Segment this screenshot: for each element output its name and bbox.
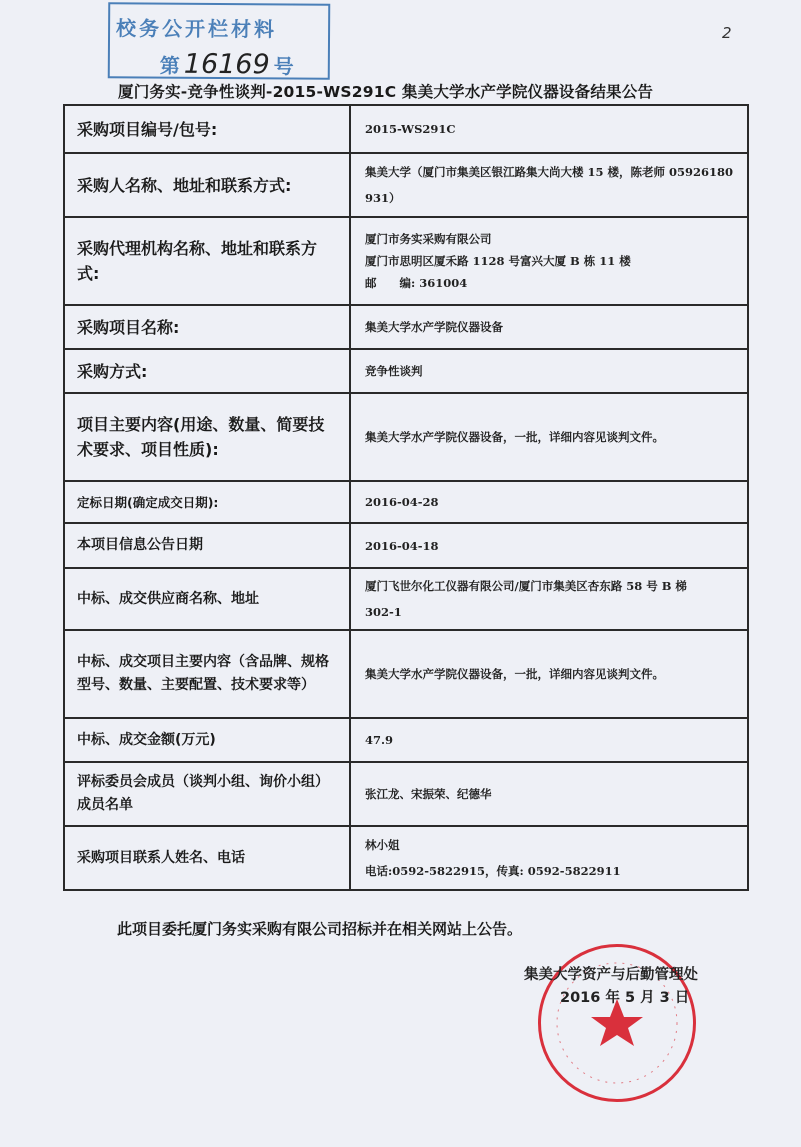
row-value: 张江龙、宋振荣、纪德华 xyxy=(350,762,748,826)
table-row: 采购项目编号/包号: 2015-WS291C xyxy=(64,105,748,153)
row-value: 厦门市务实采购有限公司厦门市思明区厦禾路 1128 号富兴大厦 B 栋 11 楼… xyxy=(350,217,748,305)
table-row: 评标委员会成员（谈判小组、询价小组）成员名单 张江龙、宋振荣、纪德华 xyxy=(64,762,748,826)
value-line: 电话:0592-5822915，传真: 0592-5822911 xyxy=(365,858,737,884)
footer-note: 此项目委托厦门务实采购有限公司招标并在相关网站上公告。 xyxy=(117,918,522,939)
table-row: 采购代理机构名称、地址和联系方式: 厦门市务实采购有限公司厦门市思明区厦禾路 1… xyxy=(64,217,748,305)
row-label: 中标、成交供应商名称、地址 xyxy=(64,568,350,630)
stamp-suffix: 号 xyxy=(274,54,294,78)
value-line: 集美大学水产学院仪器设备，一批，详细内容见谈判文件。 xyxy=(365,426,737,448)
row-label: 中标、成交项目主要内容（含品牌、规格型号、数量、主要配置、技术要求等） xyxy=(64,630,350,718)
archive-stamp: 校务公开栏材料 第16169号 xyxy=(108,2,331,80)
value-line: 2015-WS291C xyxy=(365,118,737,140)
value-line: 集美大学（厦门市集美区银江路集大尚大楼 15 楼，陈老师 05926180 xyxy=(365,159,737,185)
row-label: 采购代理机构名称、地址和联系方式: xyxy=(64,217,350,305)
signature-organization: 集美大学资产与后勤管理处 xyxy=(524,963,698,984)
value-line: 厦门市务实采购有限公司 xyxy=(365,228,737,250)
value-line: 厦门飞世尔化工仪器有限公司/厦门市集美区杏东路 58 号 B 梯 xyxy=(365,573,737,599)
row-value: 2016-04-18 xyxy=(350,523,748,568)
value-line: 931） xyxy=(365,185,737,211)
row-label: 本项目信息公告日期 xyxy=(64,523,350,568)
row-label: 定标日期(确定成交日期): xyxy=(64,481,350,523)
row-label: 采购项目联系人姓名、电话 xyxy=(64,826,350,890)
row-value: 集美大学水产学院仪器设备，一批，详细内容见谈判文件。 xyxy=(350,630,748,718)
row-label: 采购项目编号/包号: xyxy=(64,105,350,153)
table-row: 中标、成交供应商名称、地址 厦门飞世尔化工仪器有限公司/厦门市集美区杏东路 58… xyxy=(64,568,748,630)
row-value: 集美大学（厦门市集美区银江路集大尚大楼 15 楼，陈老师 05926180931… xyxy=(350,153,748,217)
table-row: 中标、成交金额(万元) 47.9 xyxy=(64,718,748,762)
table-row: 本项目信息公告日期 2016-04-18 xyxy=(64,523,748,568)
value-line: 林小姐 xyxy=(365,832,737,858)
row-value: 竞争性谈判 xyxy=(350,349,748,393)
archive-stamp-title: 校务公开栏材料 xyxy=(116,12,277,42)
table-row: 定标日期(确定成交日期): 2016-04-28 xyxy=(64,481,748,523)
row-value: 集美大学水产学院仪器设备，一批，详细内容见谈判文件。 xyxy=(350,393,748,481)
document-title: 厦门务实-竞争性谈判-2015-WS291C 集美大学水产学院仪器设备结果公告 xyxy=(118,80,653,102)
table-row: 采购项目名称: 集美大学水产学院仪器设备 xyxy=(64,305,748,349)
row-value: 2016-04-28 xyxy=(350,481,748,523)
value-line: 302-1 xyxy=(365,599,737,625)
table-row: 采购项目联系人姓名、电话 林小姐电话:0592-5822915，传真: 0592… xyxy=(64,826,748,890)
row-label: 项目主要内容(用途、数量、简要技术要求、项目性质): xyxy=(64,393,350,481)
value-line: 张江龙、宋振荣、纪德华 xyxy=(365,783,737,805)
value-line: 竞争性谈判 xyxy=(365,360,737,382)
announcement-table: 采购项目编号/包号: 2015-WS291C 采购人名称、地址和联系方式: 集美… xyxy=(63,104,749,891)
row-value: 厦门飞世尔化工仪器有限公司/厦门市集美区杏东路 58 号 B 梯302-1 xyxy=(350,568,748,630)
table-row: 采购方式: 竞争性谈判 xyxy=(64,349,748,393)
row-value: 林小姐电话:0592-5822915，传真: 0592-5822911 xyxy=(350,826,748,890)
value-line: 2016-04-28 xyxy=(365,491,737,513)
signature-date: 2016 年 5 月 3 日 xyxy=(560,986,689,1007)
row-value: 2015-WS291C xyxy=(350,105,748,153)
row-label: 评标委员会成员（谈判小组、询价小组）成员名单 xyxy=(64,762,350,826)
value-line: 厦门市思明区厦禾路 1128 号富兴大厦 B 栋 11 楼 xyxy=(365,250,737,272)
row-label: 采购方式: xyxy=(64,349,350,393)
row-value: 集美大学水产学院仪器设备 xyxy=(350,305,748,349)
value-line: 集美大学水产学院仪器设备，一批，详细内容见谈判文件。 xyxy=(365,663,737,685)
handwritten-page-mark: 2 xyxy=(722,24,732,42)
value-line: 47.9 xyxy=(365,729,737,751)
stamp-handwritten-number: 16169 xyxy=(184,49,270,81)
value-line: 集美大学水产学院仪器设备 xyxy=(365,316,737,338)
stamp-prefix: 第 xyxy=(160,54,180,78)
row-value: 47.9 xyxy=(350,718,748,762)
value-line: 2016-04-18 xyxy=(365,535,737,557)
table-row: 中标、成交项目主要内容（含品牌、规格型号、数量、主要配置、技术要求等） 集美大学… xyxy=(64,630,748,718)
row-label: 中标、成交金额(万元) xyxy=(64,718,350,762)
row-label: 采购人名称、地址和联系方式: xyxy=(64,153,350,217)
value-line: 邮 编: 361004 xyxy=(365,272,737,294)
row-label: 采购项目名称: xyxy=(64,305,350,349)
table-row: 采购人名称、地址和联系方式: 集美大学（厦门市集美区银江路集大尚大楼 15 楼，… xyxy=(64,153,748,217)
table-row: 项目主要内容(用途、数量、简要技术要求、项目性质): 集美大学水产学院仪器设备，… xyxy=(64,393,748,481)
archive-stamp-number: 第16169号 xyxy=(160,49,294,81)
